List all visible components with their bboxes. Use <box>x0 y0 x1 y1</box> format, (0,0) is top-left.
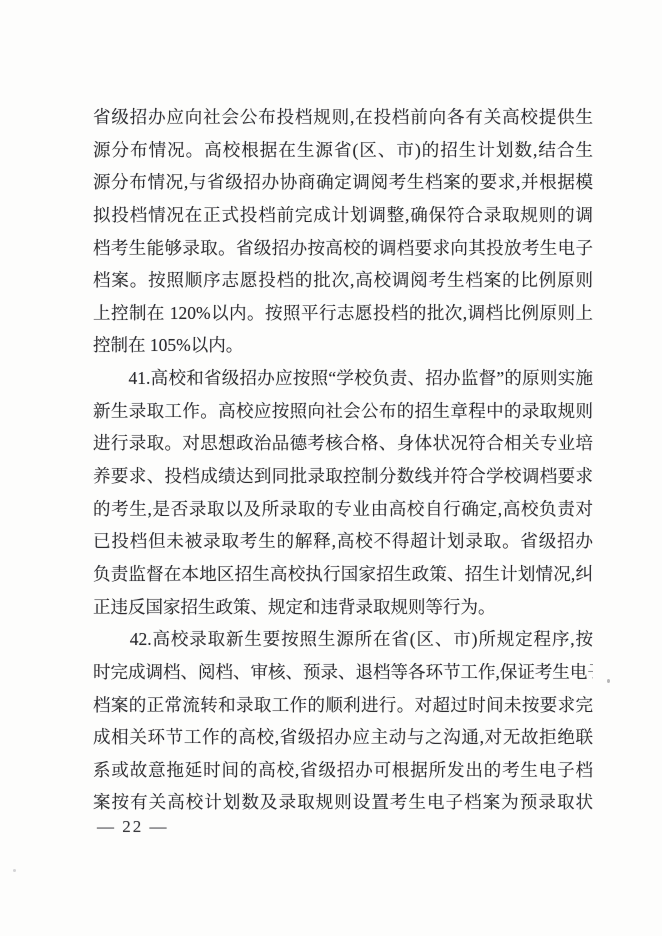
scan-speck <box>607 679 610 683</box>
text-line: 正违反国家招生政策、规定和违背录取规则等行为。 <box>93 591 593 624</box>
text-line: 拟投档情况在正式投档前完成计划调整,确保符合录取规则的调 <box>93 199 593 232</box>
text-line: 新生录取工作。高校应按照向社会公布的招生章程中的录取规则 <box>93 395 593 428</box>
text-line: 源分布情况。高校根据在生源省(区、市)的招生计划数,结合生 <box>93 134 593 167</box>
text-line: 已投档但未被录取考生的解释,高校不得超计划录取。省级招办 <box>93 525 593 558</box>
text-line: 负责监督在本地区招生高校执行国家招生政策、招生计划情况,纠 <box>93 558 593 591</box>
text-line: 源分布情况,与省级招办协商确定调阅考生档案的要求,并根据模 <box>93 166 593 199</box>
text-line: 系或故意拖延时间的高校,省级招办可根据所发出的考生电子档 <box>93 754 593 787</box>
text-line: 成相关环节工作的高校,省级招办应主动与之沟通,对无故拒绝联 <box>93 721 593 754</box>
text-line: 41.高校和省级招办应按照“学校负责、招办监督”的原则实施 <box>93 362 593 395</box>
document-text: 省级招办应向社会公布投档规则,在投档前向各有关高校提供生源分布情况。高校根据在生… <box>93 101 593 819</box>
text-line: 档案的正常流转和录取工作的顺利进行。对超过时间未按要求完 <box>93 689 593 722</box>
text-line: 档案。按照顺序志愿投档的批次,高校调阅考生档案的比例原则 <box>93 264 593 297</box>
paragraph-40-continuation: 省级招办应向社会公布投档规则,在投档前向各有关高校提供生源分布情况。高校根据在生… <box>93 101 593 362</box>
scan-speck <box>13 869 16 872</box>
paragraph-41: 41.高校和省级招办应按照“学校负责、招办监督”的原则实施新生录取工作。高校应按… <box>93 362 593 623</box>
text-line: 时完成调档、阅档、审核、预录、退档等各环节工作,保证考生电子 <box>93 656 593 689</box>
text-line: 进行录取。对思想政治品德考核合格、身体状况符合相关专业培 <box>93 427 593 460</box>
text-line: 控制在 105%以内。 <box>93 329 593 362</box>
text-line: 的考生,是否录取以及所录取的专业由高校自行确定,高校负责对 <box>93 493 593 526</box>
text-line: 42.高校录取新生要按照生源所在省(区、市)所规定程序,按 <box>93 623 593 656</box>
text-line: 上控制在 120%以内。按照平行志愿投档的批次,调档比例原则上 <box>93 297 593 330</box>
text-line: 养要求、投档成绩达到同批录取控制分数线并符合学校调档要求 <box>93 460 593 493</box>
text-line: 省级招办应向社会公布投档规则,在投档前向各有关高校提供生 <box>93 101 593 134</box>
text-line: 档考生能够录取。省级招办按高校的调档要求向其投放考生电子 <box>93 232 593 265</box>
paragraph-42: 42.高校录取新生要按照生源所在省(区、市)所规定程序,按时完成调档、阅档、审核… <box>93 623 593 819</box>
page-number-footer: — 22 — <box>97 814 169 840</box>
scanned-document-page: 省级招办应向社会公布投档规则,在投档前向各有关高校提供生源分布情况。高校根据在生… <box>0 0 662 936</box>
